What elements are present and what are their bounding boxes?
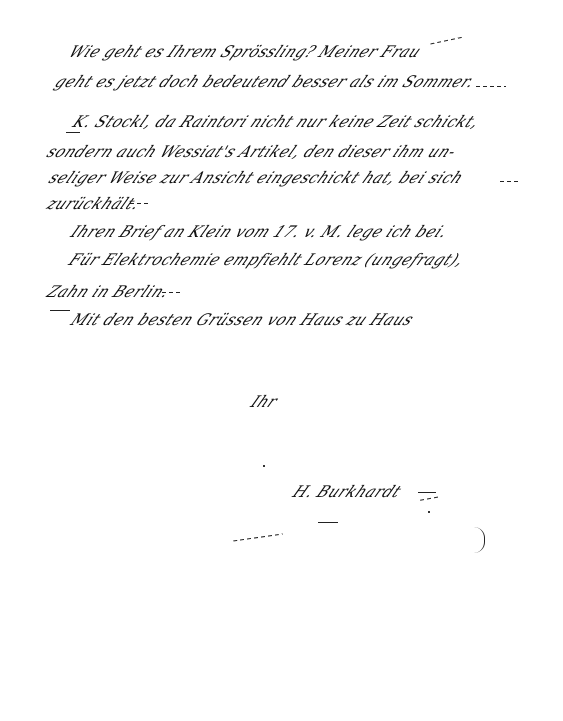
letter-line-8: Für Elektrochemie empfiehlt Lorenz (unge… (66, 252, 467, 268)
letter-line-4: sondern auch Wessiat's Artikel, den dies… (44, 144, 459, 160)
signature-flourish (418, 492, 436, 493)
ink-trail (318, 522, 338, 523)
closing-word: Ihr (248, 394, 280, 410)
line-end-dash (162, 292, 182, 293)
letter-line-1: Wie geht es Ihrem Sprössling? Meiner Fra… (66, 44, 424, 60)
letter-line-2: geht es jetzt doch bedeutend besser als … (52, 74, 478, 90)
letter-line-9: Zahn in Berlin. (44, 284, 172, 300)
ink-dot (428, 511, 430, 513)
ink-trail (233, 534, 283, 542)
underline-mark (50, 310, 70, 311)
letter-page: Wie geht es Ihrem Sprössling? Meiner Fra… (0, 0, 563, 721)
signature-flourish-dash (420, 496, 440, 500)
letter-line-6: zurückhält. (44, 196, 143, 212)
signature: H. Burkhardt (290, 484, 404, 500)
line-end-dash (500, 181, 520, 182)
underline-mark (66, 132, 80, 133)
line-end-dash (476, 86, 506, 87)
letter-line-5: seliger Weise zur Ansicht eingeschickt h… (46, 170, 466, 186)
letter-line-7: Ihren Brief an Klein vom 17. v. M. lege … (68, 224, 451, 240)
flourish-dash (430, 36, 463, 44)
ink-hook (474, 527, 485, 553)
ink-dot (263, 465, 265, 467)
letter-line-10: Mit den besten Grüssen von Haus zu Haus (68, 312, 417, 328)
line-end-dash (130, 203, 148, 204)
letter-line-3: K. Stockl, da Raintori nicht nur keine Z… (70, 114, 483, 130)
